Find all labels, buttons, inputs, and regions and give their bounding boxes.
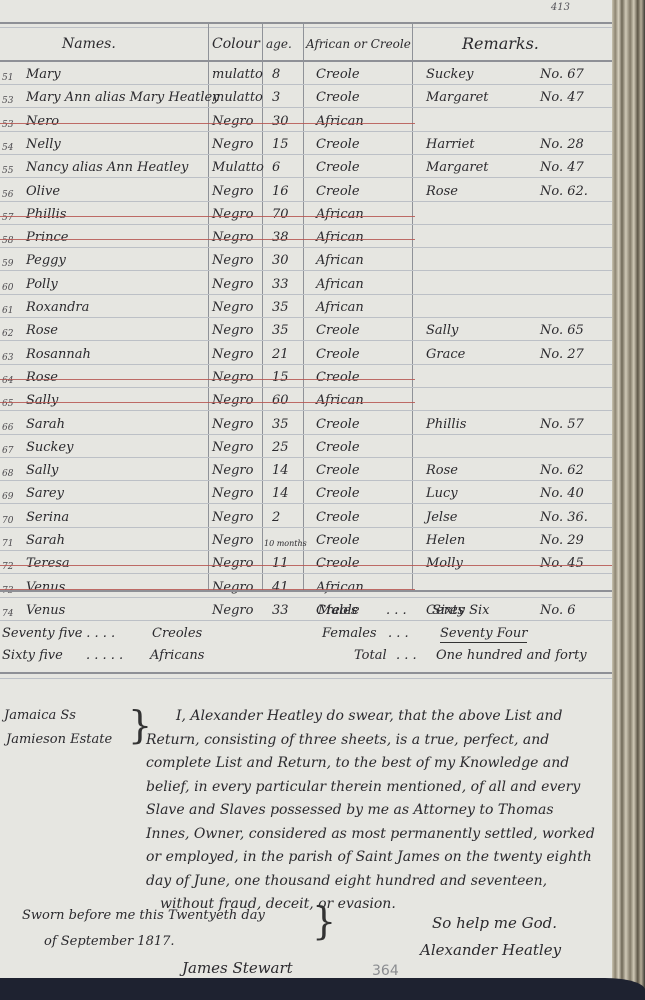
colour-cell: Negro — [212, 114, 253, 130]
reference-cell: No. 57 — [540, 417, 584, 433]
name-cell: Rosannah — [26, 347, 91, 363]
name-cell: Nero — [26, 114, 59, 130]
reference-cell: No. 27 — [540, 347, 584, 363]
reference-cell: No. 67 — [540, 67, 584, 83]
row-number: 72 — [2, 559, 13, 575]
creoles-label: Creoles — [152, 626, 202, 642]
origin-cell: African — [316, 114, 364, 130]
row-number: 67 — [2, 443, 13, 459]
age-cell: 35 — [272, 323, 289, 339]
reference-cell: No. 47 — [540, 160, 584, 176]
age-cell: 70 — [272, 207, 289, 223]
row-number: 57 — [2, 210, 13, 226]
row-number: 61 — [2, 303, 13, 319]
strikethrough-line — [0, 379, 415, 380]
name-cell: Mary Ann alias Mary Heatley — [26, 90, 220, 106]
africans-label: Africans — [150, 648, 204, 664]
age-cell: 38 — [272, 230, 289, 246]
colour-cell: Negro — [212, 300, 253, 316]
dots: . . . . . — [78, 626, 115, 642]
dots: . . . — [386, 603, 407, 619]
deponent-signature: Alexander Heatley — [420, 942, 561, 958]
colour-cell: Negro — [212, 393, 253, 409]
age-cell: 41 — [272, 580, 289, 596]
origin-cell: Creole — [316, 347, 360, 363]
reference-cell: No. 40 — [540, 486, 584, 502]
row-rule — [0, 387, 612, 388]
colour-cell: Negro — [212, 580, 253, 596]
name-cell: Sally — [26, 393, 58, 409]
age-cell: 35 — [272, 300, 289, 316]
column-header-remarks: Remarks. — [462, 36, 539, 52]
age-cell: 15 — [272, 137, 289, 153]
row-rule — [0, 107, 612, 108]
colour-cell: Negro — [212, 603, 253, 619]
mother-cell: Margaret — [426, 160, 488, 176]
reference-cell: No. 36. — [540, 510, 588, 526]
origin-cell: Creole — [316, 370, 360, 386]
row-number: 74 — [2, 606, 13, 622]
dots: . . . — [388, 626, 409, 642]
row-number: 68 — [2, 466, 13, 482]
row-number: 69 — [2, 489, 13, 505]
age-cell: 11 — [272, 556, 289, 572]
name-cell: Venus — [26, 603, 65, 619]
age-cell: 3 — [272, 90, 280, 106]
column-header-names: Names. — [62, 36, 116, 52]
origin-cell: Creole — [316, 184, 360, 200]
reference-cell: No. 45 — [540, 556, 584, 572]
name-cell: Venus — [26, 580, 65, 596]
origin-cell: Creole — [316, 533, 360, 549]
origin-cell: Creole — [316, 486, 360, 502]
row-rule — [0, 597, 612, 598]
colour-cell: mulatto — [212, 67, 263, 83]
age-cell: 25 — [272, 440, 289, 456]
origin-cell: Creole — [316, 417, 360, 433]
males-value: Sixty Six — [432, 603, 490, 619]
mother-cell: Grace — [426, 347, 465, 363]
colour-cell: Negro — [212, 417, 253, 433]
background-shadow — [0, 978, 645, 1000]
africans-count: Sixty five — [2, 648, 63, 664]
row-number: 63 — [2, 350, 13, 366]
mother-cell: Phillis — [426, 417, 466, 433]
oath-line: Return, consisting of three sheets, is a… — [146, 732, 549, 748]
row-rule — [0, 84, 612, 85]
mother-cell: Sally — [426, 323, 458, 339]
name-cell: Sarey — [26, 486, 64, 502]
origin-cell: African — [316, 207, 364, 223]
name-cell: Prince — [26, 230, 68, 246]
row-number: 54 — [2, 140, 13, 156]
row-rule — [0, 317, 612, 318]
ledger-page: 413 Names. Colour age. African or Creole… — [0, 0, 612, 985]
name-cell: Polly — [26, 277, 58, 293]
row-rule — [0, 270, 612, 271]
origin-cell: African — [316, 393, 364, 409]
book-page-edges — [612, 0, 645, 1000]
origin-cell: African — [316, 277, 364, 293]
summary-rule-bottom-2 — [0, 678, 612, 679]
column-header-colour: Colour — [212, 36, 260, 52]
row-rule — [0, 573, 612, 574]
mother-cell: Rose — [426, 463, 458, 479]
name-cell: Peggy — [26, 253, 66, 269]
row-rule — [0, 457, 612, 458]
origin-cell: Creole — [316, 510, 360, 526]
origin-cell: African — [316, 253, 364, 269]
age-cell: 30 — [272, 114, 289, 130]
age-cell: 14 — [272, 486, 289, 502]
males-label: Males — [318, 603, 358, 619]
row-rule — [0, 340, 612, 341]
reference-cell: No. 65 — [540, 323, 584, 339]
total-value: One hundred and forty — [436, 648, 587, 664]
row-number: 64 — [2, 373, 13, 389]
summary-rule-bottom — [0, 672, 612, 674]
row-rule — [0, 620, 612, 621]
mother-cell: Jelse — [426, 510, 457, 526]
name-cell: Sarah — [26, 417, 65, 433]
reference-cell: No. 29 — [540, 533, 584, 549]
name-cell: Phillis — [26, 207, 66, 223]
colour-cell: Negro — [212, 440, 253, 456]
magistrate-signature: James Stewart — [182, 960, 293, 976]
age-cell: 60 — [272, 393, 289, 409]
creoles-count: Seventy five — [2, 626, 82, 642]
column-header-age: age. — [266, 36, 292, 52]
name-cell: Rose — [26, 370, 58, 386]
age-cell: 33 — [272, 277, 289, 293]
age-cell: 2 — [272, 510, 280, 526]
mother-cell: Rose — [426, 184, 458, 200]
colour-cell: Negro — [212, 137, 253, 153]
strikethrough-line — [0, 239, 415, 240]
row-rule — [0, 247, 612, 248]
reference-cell: No. 62 — [540, 463, 584, 479]
colour-cell: Negro — [212, 486, 253, 502]
summary-rule-top — [0, 590, 612, 592]
age-cell: 33 — [272, 603, 289, 619]
jurisdiction-line: Jamaica Ss — [4, 708, 76, 724]
row-rule — [0, 434, 612, 435]
colour-cell: Negro — [212, 556, 253, 572]
row-number: 70 — [2, 513, 13, 529]
row-number: 53 — [2, 117, 13, 133]
row-rule — [0, 177, 612, 178]
header-rule-top-2 — [0, 27, 612, 28]
origin-cell: Creole — [316, 556, 360, 572]
colour-cell: Negro — [212, 253, 253, 269]
name-cell: Nelly — [26, 137, 61, 153]
row-rule — [0, 131, 612, 132]
name-cell: Sarah — [26, 533, 65, 549]
oath-line: day of June, one thousand eight hundred … — [146, 873, 547, 889]
name-cell: Rose — [26, 323, 58, 339]
row-rule — [0, 480, 612, 481]
name-cell: Olive — [26, 184, 60, 200]
mother-cell: Molly — [426, 556, 463, 572]
age-cell: 35 — [272, 417, 289, 433]
row-rule — [0, 224, 612, 225]
colour-cell: Negro — [212, 207, 253, 223]
colour-cell: Mulatto — [212, 160, 264, 176]
age-cell: 30 — [272, 253, 289, 269]
colour-cell: Negro — [212, 323, 253, 339]
mother-cell: Helen — [426, 533, 465, 549]
row-number: 71 — [2, 536, 13, 552]
reference-cell: No. 28 — [540, 137, 584, 153]
strikethrough-line — [0, 565, 612, 566]
brace: } — [312, 902, 336, 940]
row-number: 58 — [2, 233, 13, 249]
oath-line: Slave and Slaves possessed by me as Atto… — [146, 802, 554, 818]
reference-cell: No. 47 — [540, 90, 584, 106]
strikethrough-line — [0, 216, 415, 217]
age-cell: 6 — [272, 160, 280, 176]
females-value: Seventy Four — [440, 626, 527, 643]
colour-cell: Negro — [212, 184, 253, 200]
estate-name: Jamieson Estate — [6, 732, 112, 748]
row-rule — [0, 154, 612, 155]
oath-line: complete List and Return, to the best of… — [146, 755, 569, 771]
age-cell: 10 months — [264, 536, 307, 552]
colour-cell: mulatto — [212, 90, 263, 106]
mother-cell: Lucy — [426, 486, 458, 502]
colour-cell: Negro — [212, 277, 253, 293]
origin-cell: African — [316, 580, 364, 596]
colour-cell: Negro — [212, 370, 253, 386]
row-rule — [0, 527, 612, 528]
dots: . . . — [396, 648, 417, 664]
sworn-line-2: of September 1817. — [44, 934, 175, 950]
mother-cell: Suckey — [426, 67, 473, 83]
colour-cell: Negro — [212, 533, 253, 549]
row-number: 66 — [2, 420, 13, 436]
origin-cell: Creole — [316, 463, 360, 479]
dots: . . . . . — [86, 648, 123, 664]
row-rule — [0, 201, 612, 202]
colour-cell: Negro — [212, 230, 253, 246]
oath-line: Innes, Owner, considered as most permane… — [146, 826, 595, 842]
column-header-origin: African or Creole — [306, 36, 411, 52]
row-number: 55 — [2, 163, 13, 179]
oath-line: belief, in every particular therein ment… — [146, 779, 580, 795]
name-cell: Nancy alias Ann Heatley — [26, 160, 188, 176]
age-cell: 8 — [272, 67, 280, 83]
name-cell: Teresa — [26, 556, 70, 572]
row-number: 62 — [2, 326, 13, 342]
origin-cell: Creole — [316, 323, 360, 339]
name-cell: Suckey — [26, 440, 73, 456]
age-cell: 21 — [272, 347, 289, 363]
row-rule — [0, 410, 612, 411]
origin-cell: Creole — [316, 137, 360, 153]
row-rule — [0, 294, 612, 295]
origin-cell: African — [316, 230, 364, 246]
row-number: 59 — [2, 256, 13, 272]
origin-cell: Creole — [316, 160, 360, 176]
reference-cell: No. 62. — [540, 184, 588, 200]
name-cell: Mary — [26, 67, 61, 83]
row-number: 56 — [2, 187, 13, 203]
origin-cell: African — [316, 300, 364, 316]
mother-cell: Margaret — [426, 90, 488, 106]
header-rule-bottom — [0, 60, 612, 62]
origin-cell: Creole — [316, 90, 360, 106]
origin-cell: Creole — [316, 67, 360, 83]
page-number: 413 — [551, 2, 570, 13]
row-number: 60 — [2, 280, 13, 296]
age-cell: 15 — [272, 370, 289, 386]
name-cell: Serina — [26, 510, 69, 526]
header-rule-top — [0, 22, 612, 24]
row-number: 51 — [2, 70, 13, 86]
colour-cell: Negro — [212, 347, 253, 363]
strikethrough-line — [0, 402, 415, 403]
age-cell: 14 — [272, 463, 289, 479]
row-rule — [0, 364, 612, 365]
name-cell: Roxandra — [26, 300, 89, 316]
name-cell: Sally — [26, 463, 58, 479]
origin-cell: Creole — [316, 440, 360, 456]
age-cell: 16 — [272, 184, 289, 200]
total-label: Total — [354, 648, 387, 664]
row-number: 65 — [2, 396, 13, 412]
colour-cell: Negro — [212, 510, 253, 526]
folio-stamp: 364 — [372, 963, 399, 979]
oath-line: I, Alexander Heatley do swear, that the … — [176, 708, 562, 724]
oath-line: or employed, in the parish of Saint Jame… — [146, 849, 592, 865]
row-rule — [0, 503, 612, 504]
strikethrough-line — [0, 123, 415, 124]
reference-cell: No. 6 — [540, 603, 576, 619]
sworn-line-1: Sworn before me this Twentyeth day — [22, 908, 265, 924]
mother-cell: Harriet — [426, 137, 475, 153]
females-label: Females — [322, 626, 377, 642]
row-number: 53 — [2, 93, 13, 109]
colour-cell: Negro — [212, 463, 253, 479]
closing-phrase: So help me God. — [432, 915, 557, 931]
